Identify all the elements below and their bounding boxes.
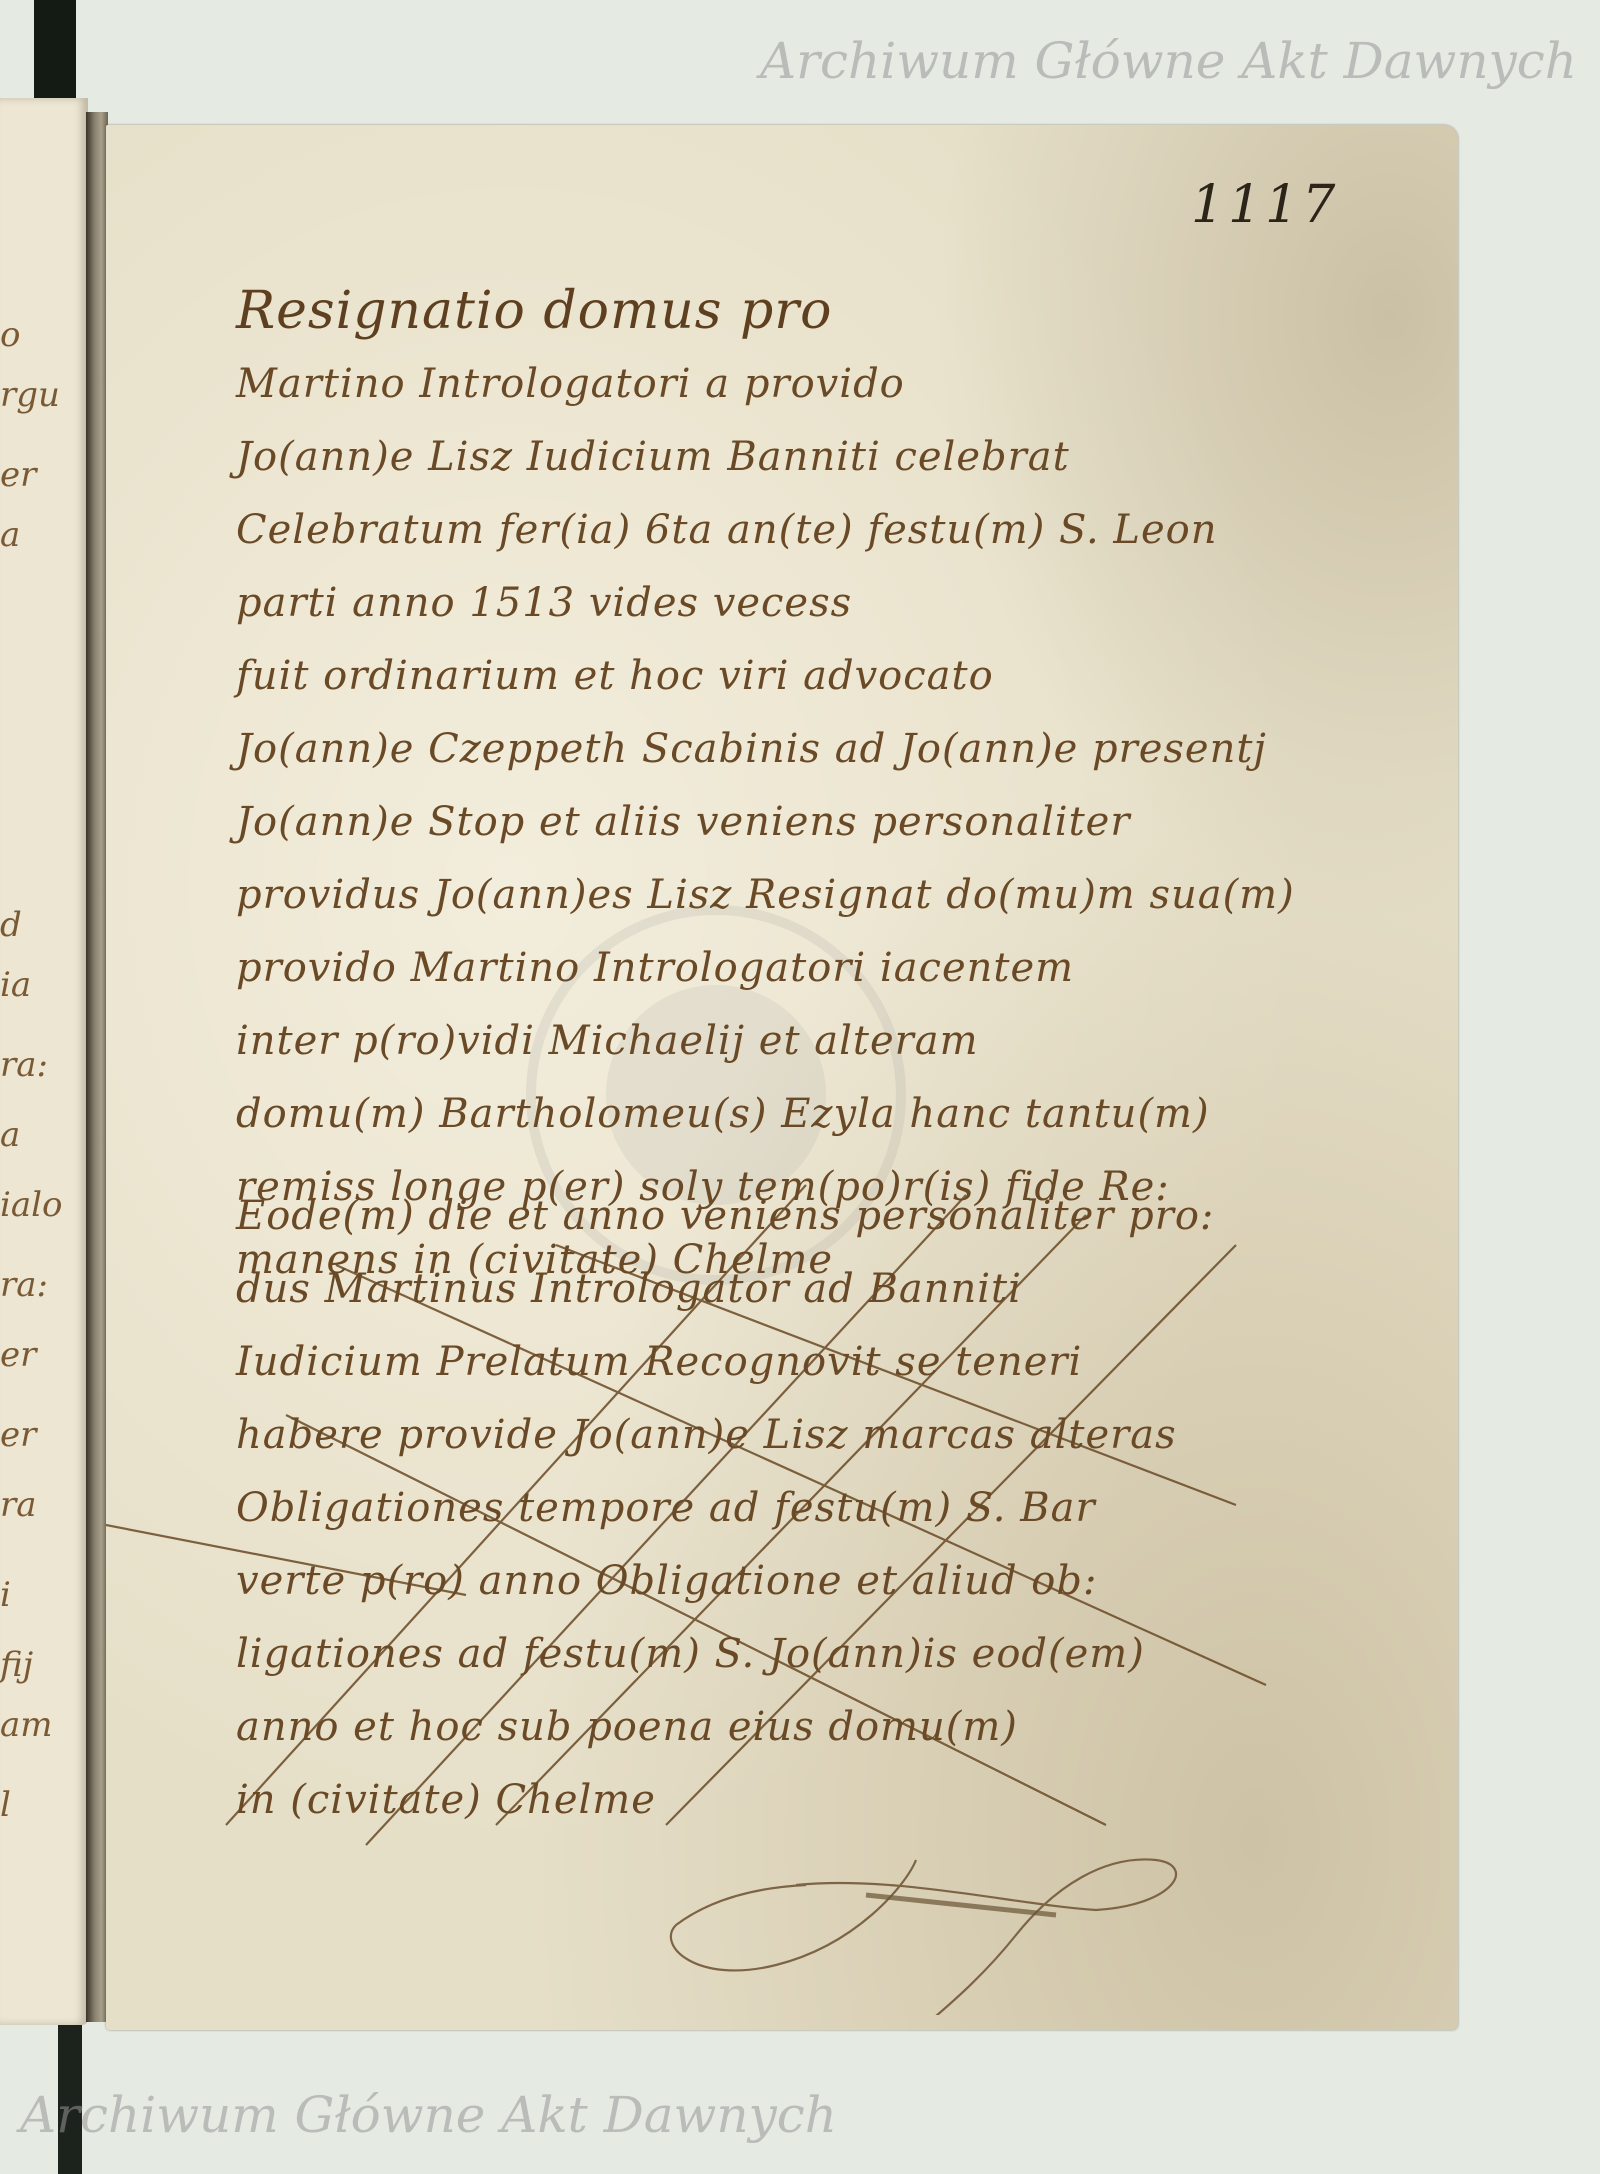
archive-watermark-top: Archiwum Główne Akt Dawnych	[760, 32, 1577, 90]
fragment-line: a	[0, 528, 20, 542]
binding-strap-top	[34, 0, 76, 102]
fragment-line: ra:	[0, 1058, 48, 1072]
fragment-line: ia	[0, 978, 31, 992]
archive-watermark-bottom: Archiwum Główne Akt Dawnych	[20, 2086, 837, 2144]
fragment-line: er	[0, 1428, 36, 1442]
fragment-line: l	[0, 1798, 11, 1812]
previous-page-fragment: o rgu er a d ia ra: a ialo ra: er er ra …	[0, 98, 88, 2025]
fragment-line: o	[0, 328, 20, 342]
notarial-flourish-icon	[636, 1815, 1196, 2015]
fragment-line: ra	[0, 1498, 37, 1512]
fragment-line: a	[0, 1128, 20, 1142]
fragment-line: fij	[0, 1658, 33, 1672]
spine-gutter	[86, 112, 108, 2022]
fragment-line: er	[0, 1348, 36, 1362]
fragment-line: am	[0, 1718, 53, 1732]
cancellation-strokes	[106, 125, 1458, 2030]
fragment-line: d	[0, 918, 22, 932]
fragment-line: i	[0, 1588, 11, 1602]
fragment-line: er	[0, 468, 36, 482]
fragment-line: ialo	[0, 1198, 63, 1212]
manuscript-page: 1117 Resignatio domus pro Martino Introl…	[106, 125, 1458, 2030]
fragment-line: ra:	[0, 1278, 48, 1292]
fragment-line: rgu	[0, 388, 60, 402]
